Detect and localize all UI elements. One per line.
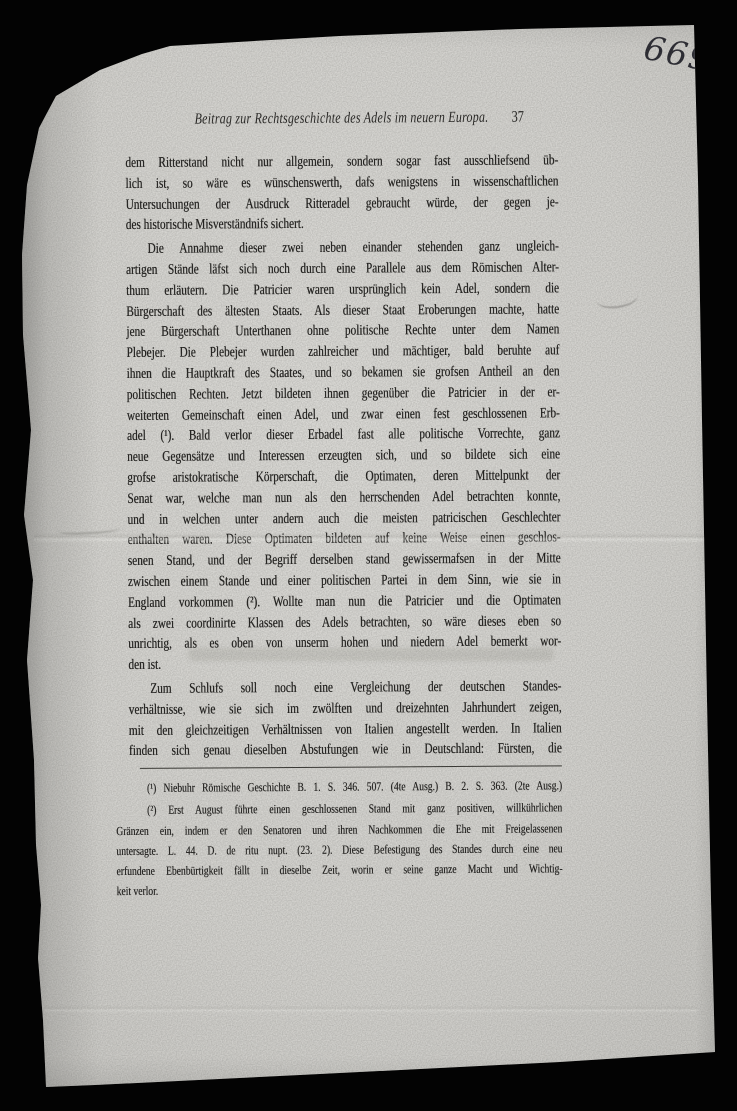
text-line: neue Gegensätze und Interessen erzeugten… (127, 445, 560, 468)
text-line: untersagte. L. 44. D. de ritu nupt. (23.… (116, 838, 562, 861)
paper-crease (44, 1005, 697, 1013)
text-line: als zwei coordinirte Klassen des Adels b… (128, 611, 561, 634)
text-line: Untersuchungen der Ausdruck Ritteradel g… (126, 192, 559, 215)
text-line: lich ist, so wäre es wünschenswerth, daf… (125, 171, 558, 194)
text-line: jene Bürgerschaft Unterthanen ohne polit… (126, 320, 559, 343)
text-line: adel (¹). Bald verlor dieser Erbadel fas… (127, 424, 560, 447)
document-page: 669 Beitrag zur Rechtsgeschichte des Ade… (0, 0, 737, 1111)
page-number: 37 (511, 109, 523, 127)
page-content: Beitrag zur Rechtsgeschichte des Adels i… (125, 108, 563, 901)
body-text: dem Ritterstand nicht nur allgemein, son… (125, 150, 562, 762)
text-line: England vorkommen (²). Wollte man nun di… (128, 590, 561, 613)
footnote: (¹) Niebuhr Römische Geschichte B. 1. S.… (116, 775, 562, 798)
text-line: Plebejer. Die Plebejer wurden zahlreiche… (126, 341, 559, 364)
scanned-document: 669 Beitrag zur Rechtsgeschichte des Ade… (0, 0, 737, 1111)
paragraph: Die Annahme dieser zwei neben einander s… (126, 237, 562, 676)
text-line: den ist. (128, 652, 561, 675)
text-line: erfundene Ebenbürtigkeit fällt in diesel… (116, 858, 562, 881)
text-line: (²) Erst August führte einen geschlossen… (116, 798, 562, 821)
handwritten-folio-number: 669 (641, 28, 715, 79)
text-line: unrichtig, als es oben von unserm hohen … (128, 632, 561, 655)
text-line: Gränzen ein, indem er den Senatoren und … (116, 818, 562, 841)
text-line: Bürgerschaft des ältesten Staats. Als di… (126, 299, 559, 322)
pencil-mark (595, 285, 639, 311)
page-header: Beitrag zur Rechtsgeschichte des Adels i… (125, 108, 558, 137)
footnotes: (¹) Niebuhr Römische Geschichte B. 1. S.… (116, 775, 563, 901)
text-line: zwischen einem Stande und einer politisc… (128, 569, 561, 592)
text-line: keit verlor. (117, 878, 563, 901)
text-line: senen Stand, und der Begriff derselben s… (128, 548, 561, 571)
text-line: Die Annahme dieser zwei neben einander s… (126, 237, 559, 260)
text-line: (¹) Niebuhr Römische Geschichte B. 1. S.… (116, 775, 562, 798)
text-line: weiterten Gemeinschaft einen Adel, und z… (127, 403, 560, 426)
text-line: finden sich genau dieselben Abstufungen … (129, 739, 562, 762)
text-line: artigen Stände läfst sich noch durch ein… (126, 257, 559, 280)
running-title: Beitrag zur Rechtsgeschichte des Adels i… (125, 108, 558, 129)
footnote-separator (140, 765, 562, 769)
text-line: Zum Schlufs soll noch eine Vergleichung … (128, 676, 561, 699)
text-line: und in welchen unter andern auch die mei… (127, 507, 560, 530)
text-line: dem Ritterstand nicht nur allgemein, son… (125, 150, 558, 173)
text-line: politischen Rechten. Jetzt bildeten ihne… (127, 382, 560, 405)
paragraph: Zum Schlufs soll noch eine Vergleichung … (128, 676, 561, 762)
text-line: ihnen die Hauptkraft des Staates, und so… (127, 361, 560, 384)
paragraph: dem Ritterstand nicht nur allgemein, son… (125, 150, 558, 236)
paper-crease (34, 533, 711, 543)
text-line: des historische Misverständnifs sichert. (126, 213, 559, 236)
text-line: verhältnisse, wie sie sich im zwölften u… (129, 697, 562, 720)
text-line: grofse aristokratische Körperschaft, die… (127, 465, 560, 488)
text-line: thum erläutern. Die Patricier waren ursp… (126, 278, 559, 301)
text-line: Senat war, welche man nun als den herrsc… (127, 486, 560, 509)
footnote: (²) Erst August führte einen geschlossen… (116, 798, 563, 902)
text-line: mit den gleichzeitigen Verhältnissen von… (129, 718, 562, 741)
